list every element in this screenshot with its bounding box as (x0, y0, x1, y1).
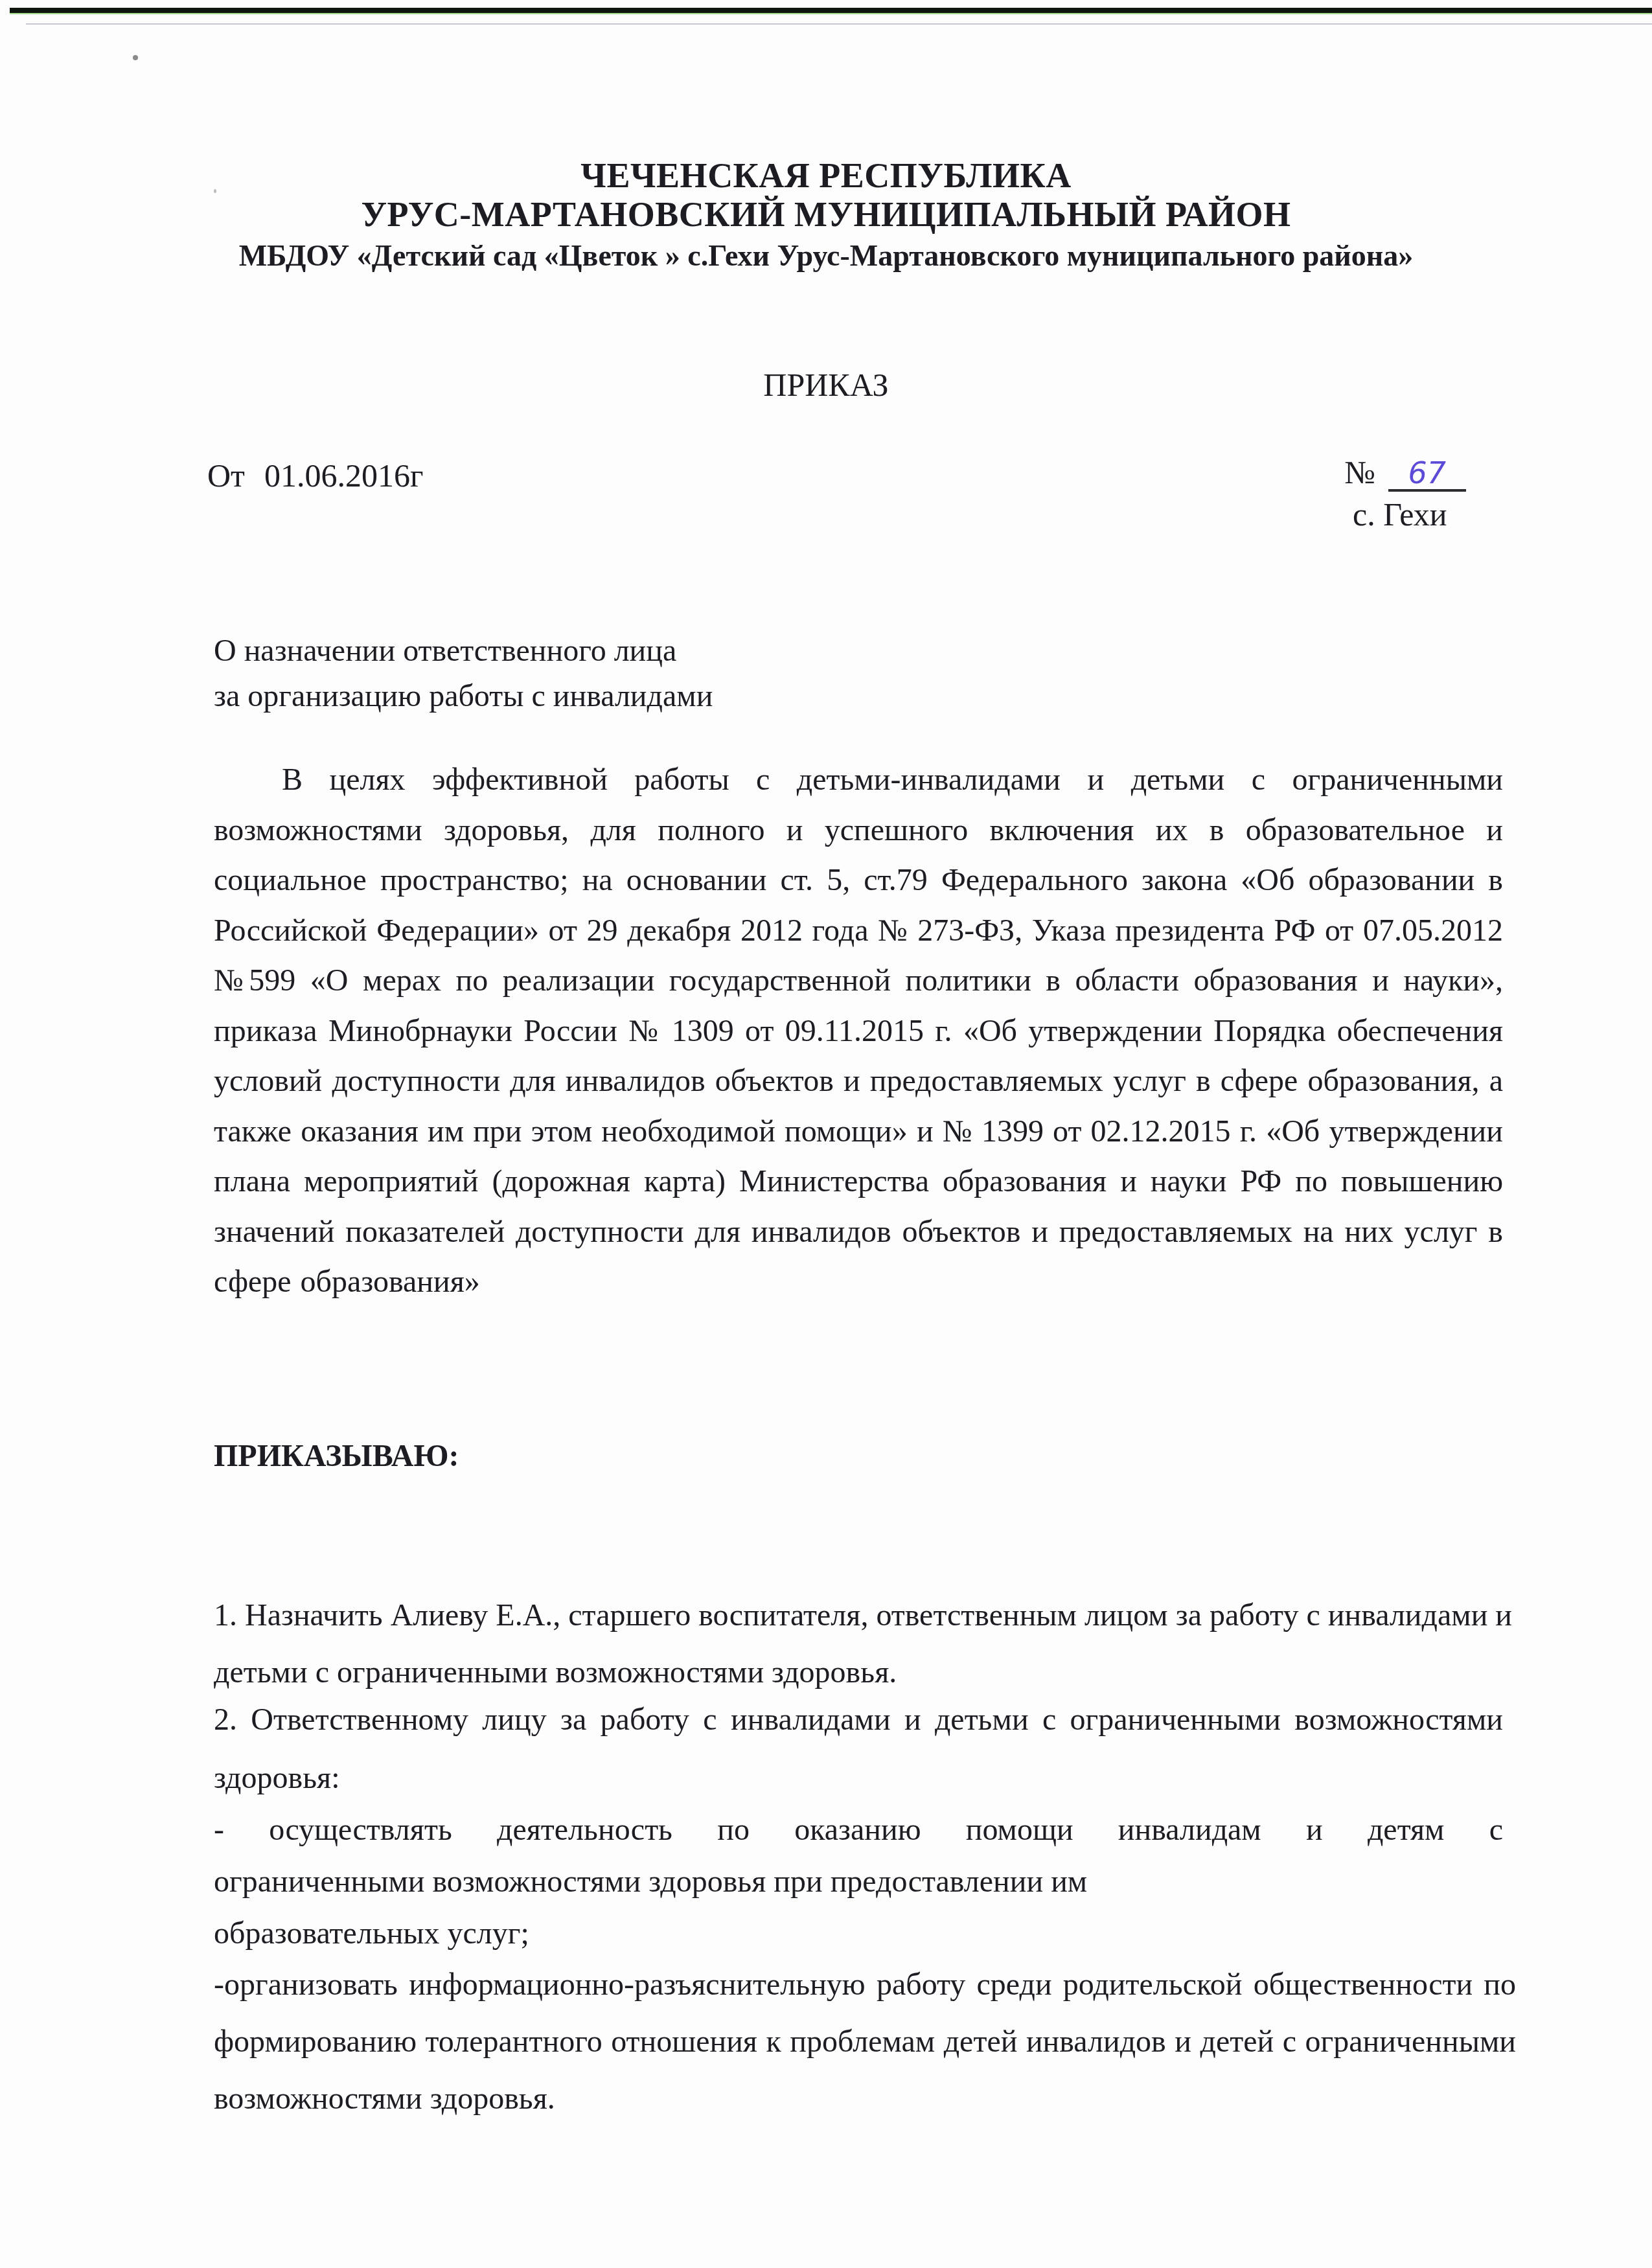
orders-heading: ПРИКАЗЫВАЮ: (214, 1438, 459, 1474)
header-district: УРУС-МАРТАНОВСКИЙ МУНИЦИПАЛЬНЫЙ РАЙОН (0, 194, 1652, 235)
basis-paragraph: В целях эффективной работы с детьми-инва… (214, 755, 1503, 1307)
subject-line-2: за организацию работы с инвалидами (214, 674, 991, 719)
scan-speck (133, 55, 138, 60)
handwritten-number: 67 (1388, 457, 1466, 492)
date-prefix: От (207, 457, 245, 494)
basis-text: В целях эффективной работы с детьми-инва… (214, 755, 1503, 1307)
document-title: ПРИКАЗ (0, 366, 1652, 404)
page-edge (26, 23, 1652, 25)
number-sign: № (1344, 454, 1375, 490)
order-date: От01.06.2016г (207, 457, 423, 494)
date-value: 01.06.2016г (264, 457, 424, 494)
order-item-2: 2. Ответственному лицу за работу с инвал… (214, 1691, 1503, 1807)
duty-item-1: - осуществлять деятельность по оказанию … (214, 1804, 1503, 1960)
order-subject: О назначении ответственного лица за орга… (214, 628, 991, 719)
order-item-1: 1. Назначить Алиеву Е.А., старшего воспи… (214, 1587, 1516, 1701)
subject-line-1: О назначении ответственного лица (214, 628, 991, 674)
duty-item-2: -организовать информационно-разъяснитель… (214, 1956, 1516, 2127)
duty-1-line-3: образовательных услуг; (214, 1908, 1503, 1960)
duty-1-line-1: - осуществлять деятельность по оказанию … (214, 1804, 1503, 1856)
order-number: №67 (1344, 453, 1466, 492)
header-institution: МБДОУ «Детский сад «Цветок » с.Гехи Урус… (0, 238, 1652, 273)
order-location: с. Гехи (1353, 496, 1447, 533)
scan-border (10, 8, 1652, 14)
duty-1-line-2: ограниченными возможностями здоровья при… (214, 1856, 1503, 1908)
header-republic: ЧЕЧЕНСКАЯ РЕСПУБЛИКА (0, 155, 1652, 196)
